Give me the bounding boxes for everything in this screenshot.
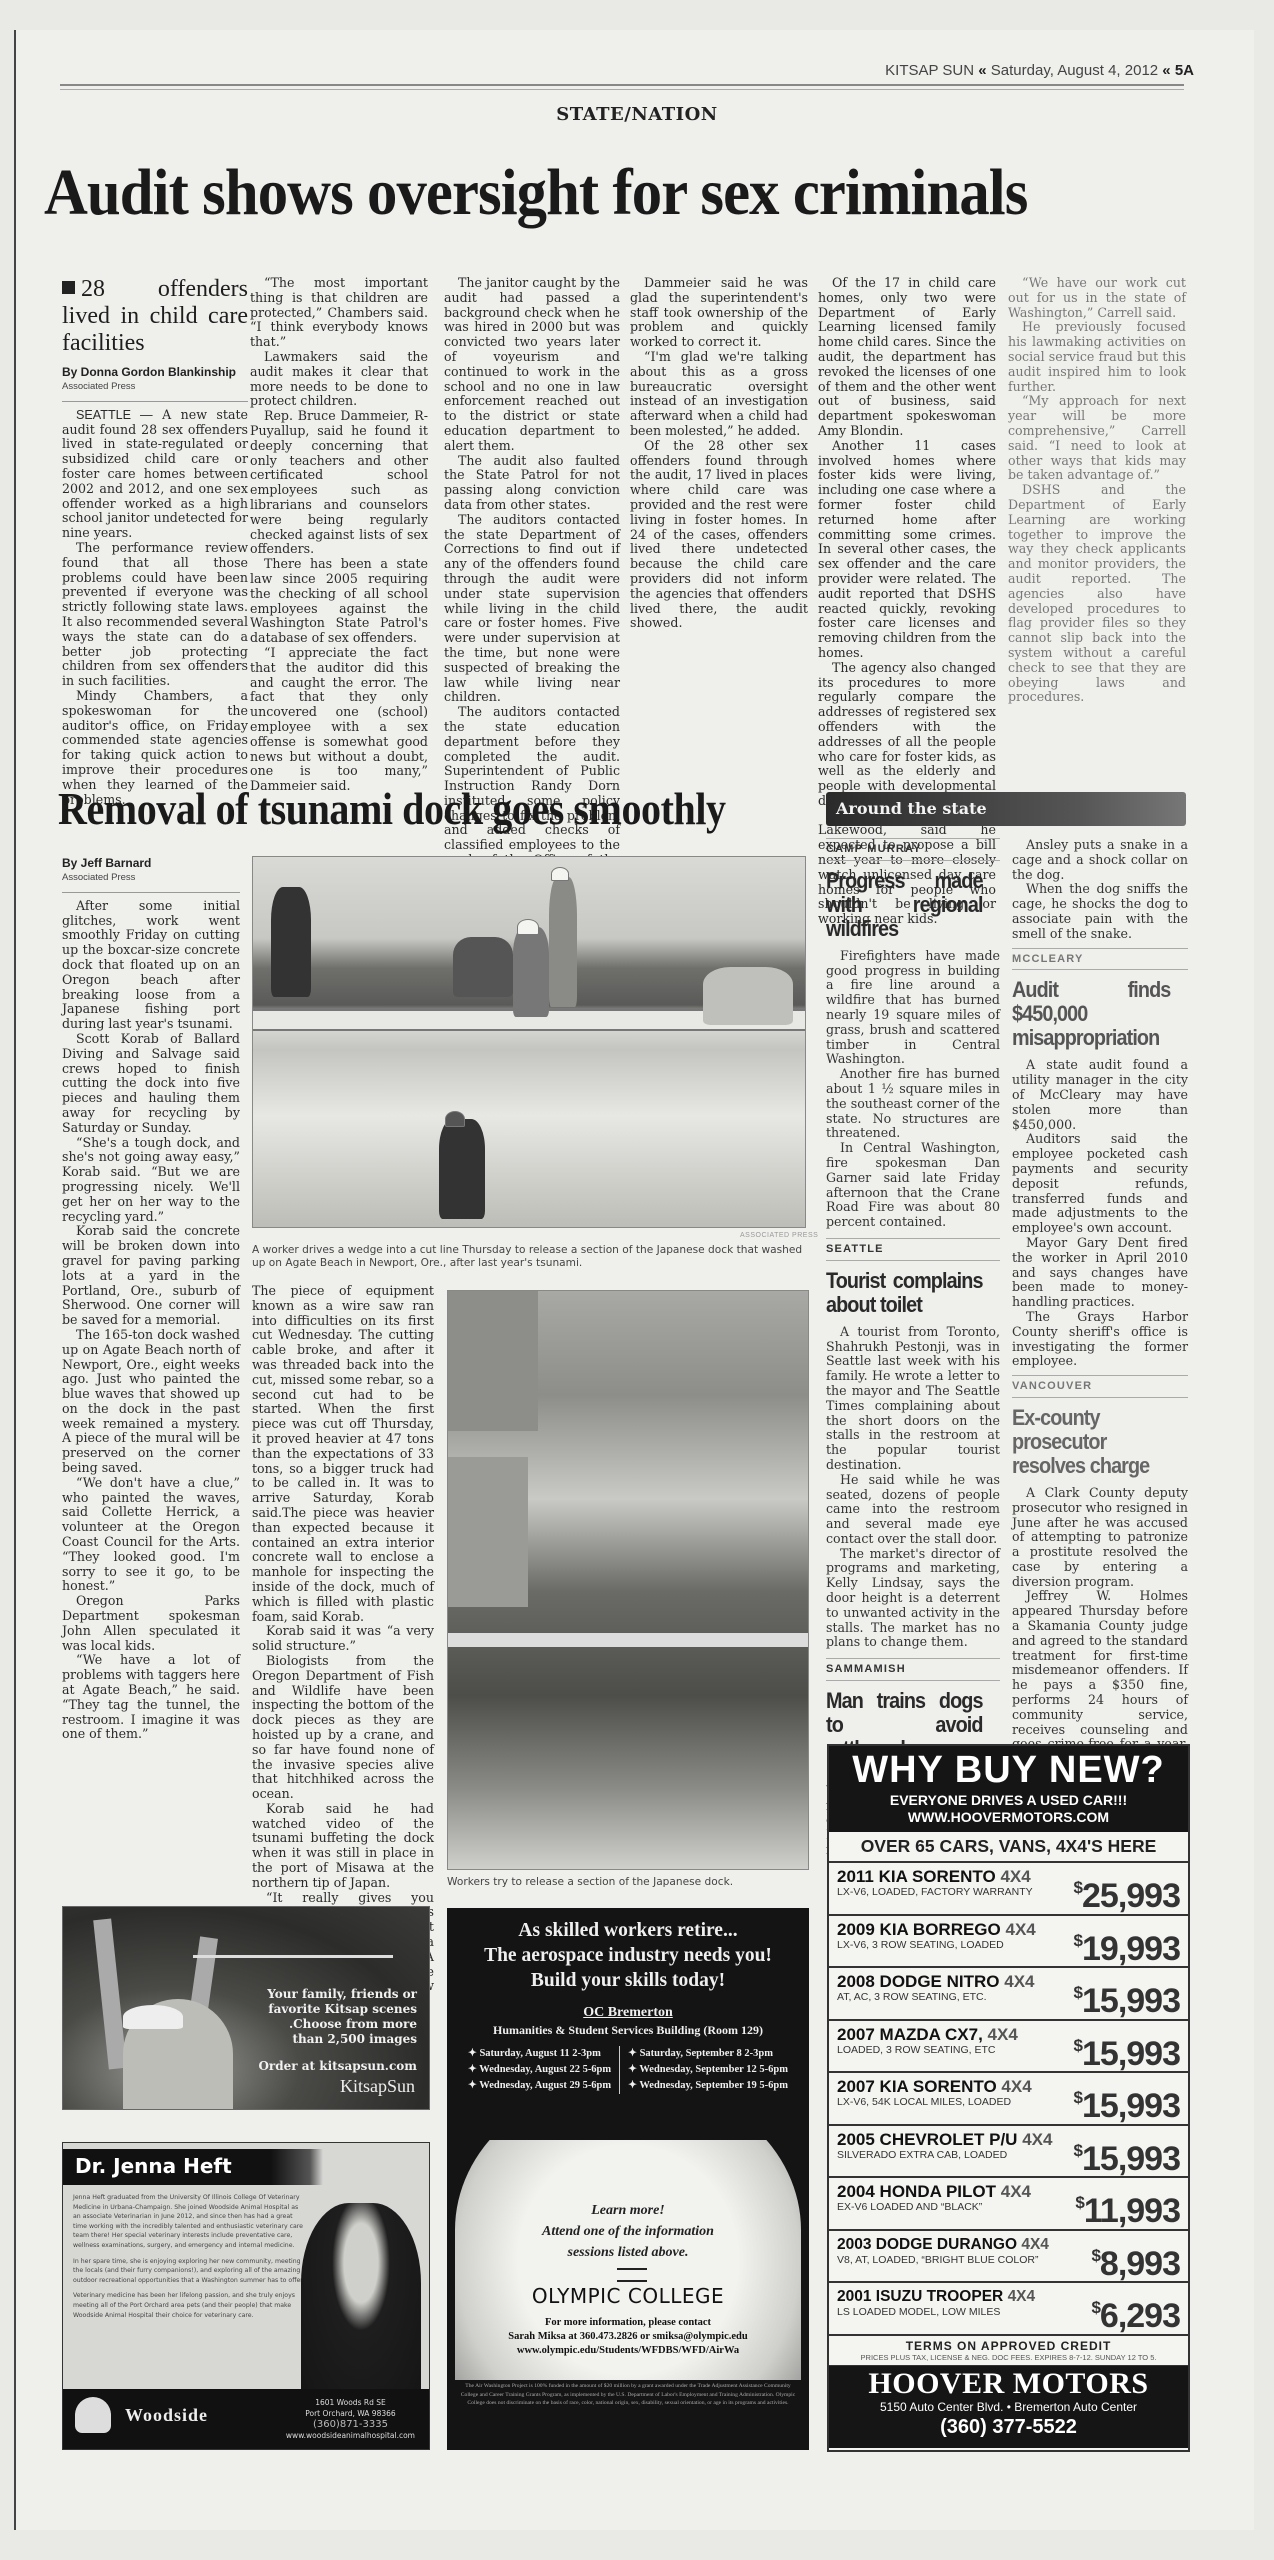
- story1-agency: Associated Press: [62, 380, 248, 402]
- hoover-phone: (360) 377-5522: [829, 2415, 1188, 2439]
- car-listing: 2005 CHEVROLET P/U 4X4 SILVERADO EXTRA C…: [829, 2126, 1188, 2179]
- briefs-column-2: Ansley puts a snake in a cage and a shoc…: [1012, 838, 1188, 1816]
- story1-column-4: Dammeier said he was glad the superinten…: [630, 276, 808, 631]
- car-listing: 2007 KIA SORENTO 4X4 LX-V6, 54K LOCAL MI…: [829, 2073, 1188, 2126]
- car-listing: 2009 KIA BORREGO 4X4 LX-V6, 3 ROW SEATIN…: [829, 1916, 1188, 1969]
- dock-photo-worker-wedge: [252, 856, 806, 1228]
- vet-portrait-image: [301, 2203, 421, 2403]
- brief-camp-murray: CAMP MURRAY Progress made with regional …: [826, 838, 1000, 1230]
- waves-logo-icon: [617, 2268, 647, 2282]
- story2-byline: By Jeff Barnard: [62, 856, 240, 871]
- car-listing: 2003 DODGE DURANGO 4X4 V8, AT, LOADED, “…: [829, 2231, 1188, 2284]
- story1-byline: By Donna Gordon Blankinship: [62, 365, 248, 380]
- olympic-college-ad-lower[interactable]: Learn more! Attend one of the informatio…: [447, 2140, 809, 2450]
- story2-column-2: The piece of equipment known as a wire s…: [252, 1284, 434, 2009]
- masthead: KITSAP SUN « Saturday, August 4, 2012 « …: [60, 62, 1194, 79]
- car-listing: 2001 ISUZU TROOPER 4X4 LS LOADED MODEL, …: [829, 2283, 1188, 2336]
- woodside-logo: Woodside: [125, 2405, 208, 2426]
- kitsap-sun-logo: KitsapSun: [340, 2076, 415, 2097]
- story1-headline: Audit shows oversight for sex criminals: [44, 160, 1111, 226]
- briefs-column-1: CAMP MURRAY Progress made with regional …: [826, 834, 1000, 1858]
- vet-name: Dr. Jenna Heft: [63, 2149, 323, 2185]
- around-the-state-header: Around the state: [826, 792, 1186, 826]
- story2-column-1: By Jeff Barnard Associated Press After s…: [62, 856, 240, 1742]
- order-link[interactable]: Order at kitsapsun.com: [258, 2059, 417, 2074]
- story1-column-1: 28 offenders lived in child care facilit…: [62, 276, 248, 807]
- vet-phone: (360)871-3335: [286, 2419, 415, 2430]
- vet-website[interactable]: www.woodsideanimalhospital.com: [286, 2430, 415, 2441]
- vet-ad[interactable]: Dr. Jenna Heft Jenna Heft graduated from…: [62, 2142, 430, 2450]
- story1-column-5: Of the 17 in child care homes, only two …: [818, 276, 996, 927]
- story2-agency: Associated Press: [62, 871, 240, 893]
- hoover-url[interactable]: WWW.HOOVERMOTORS.COM: [829, 1809, 1188, 1826]
- dock-photo-workers-release: [447, 1290, 809, 1870]
- page-number: 5A: [1175, 62, 1194, 79]
- story1-deck: 28 offenders lived in child care facilit…: [62, 276, 248, 357]
- olympic-url[interactable]: www.olympic.edu/Students/WFDBS/WFD/AirWa: [447, 2344, 809, 2358]
- issue-date: Saturday, August 4, 2012: [991, 62, 1158, 79]
- car-listing: 2008 DODGE NITRO 4X4 AT, AC, 3 ROW SEATI…: [829, 1968, 1188, 2021]
- story1-column-6: “We have our work cut out for us in the …: [1008, 276, 1186, 705]
- vet-bio: Jenna Heft graduated from the University…: [73, 2193, 305, 2326]
- kitsap-photo-ad[interactable]: Your family, friends or favorite Kitsap …: [62, 1906, 430, 2110]
- session-list: ✦ Saturday, August 11 2-3pm ✦ Wednesday,…: [447, 2046, 809, 2094]
- car-listing: 2007 MAZDA CX7, 4X4 LOADED, 3 ROW SEATIN…: [829, 2021, 1188, 2074]
- bullet-square-icon: [62, 281, 75, 294]
- hoover-motors-ad[interactable]: WHY BUY NEW? EVERYONE DRIVES A USED CAR!…: [827, 1744, 1190, 2452]
- photo2-caption: Workers try to release a section of the …: [447, 1876, 809, 1889]
- story1-column-3: The janitor caught by the audit had pass…: [444, 276, 620, 942]
- section-label: STATE/NATION: [0, 104, 1274, 125]
- tree-logo-icon: [75, 2397, 111, 2433]
- brief-mccleary: MCCLEARY Audit finds $450,000 misappropr…: [1012, 948, 1188, 1370]
- hoover-logo: HOOVER MOTORS: [829, 2368, 1188, 2400]
- masthead-rule: [60, 84, 1184, 90]
- car-listing: 2011 KIA SORENTO 4X4 LX-V6, LOADED, FACT…: [829, 1863, 1188, 1916]
- photo1-credit: ASSOCIATED PRESS: [740, 1232, 818, 1239]
- brief-vancouver: VANCOUVER Ex-county prosecutor resolves …: [1012, 1375, 1188, 1782]
- golf-club-icon: [193, 1955, 393, 1958]
- brief-seattle: SEATTLE Tourist complains about toilet A…: [826, 1238, 1000, 1650]
- car-listing: 2004 HONDA PILOT 4X4 EX-V6 LOADED AND “B…: [829, 2178, 1188, 2231]
- fine-print: The Air Washington Project is 100% funde…: [457, 2382, 799, 2408]
- story2-headline: Removal of tsunami dock goes smoothly: [58, 786, 719, 832]
- dateline: SEATTLE —: [76, 408, 153, 422]
- olympic-college-logo: OLYMPIC COLLEGE: [447, 2284, 809, 2308]
- story1-column-2: “The most important thing is that childr…: [250, 276, 428, 794]
- photo1-caption: A worker drives a wedge into a cut line …: [252, 1244, 812, 1270]
- paper-name: KITSAP SUN: [885, 62, 974, 79]
